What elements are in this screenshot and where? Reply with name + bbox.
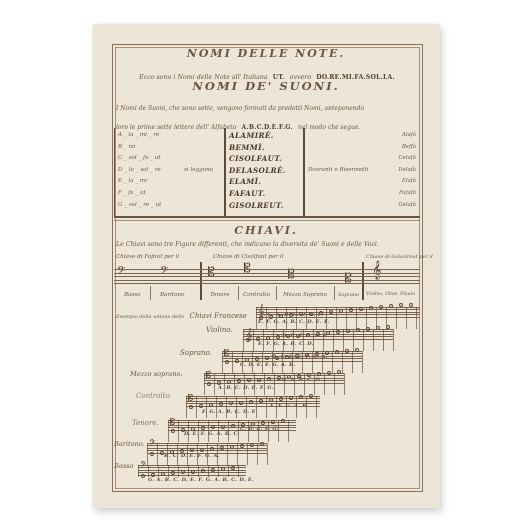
staircase-bar-line <box>344 373 345 395</box>
staircase-bar-line <box>303 329 304 351</box>
staircase-bar-line <box>353 329 354 351</box>
note-head <box>171 429 175 433</box>
voice-label: Soprano <box>338 292 359 298</box>
staircase-bar-line <box>267 443 268 465</box>
paragraph-line-2-end: nel modo che segue. <box>298 124 360 131</box>
note-head <box>220 446 224 450</box>
example-label-title: Chiavi Francese <box>189 312 246 320</box>
note-head <box>339 309 343 313</box>
staircase-bar-line <box>383 329 384 351</box>
note-head <box>269 398 273 402</box>
staircase-bar-line <box>177 443 178 465</box>
staircase-bar-line <box>312 351 313 373</box>
note-head <box>200 448 204 452</box>
staircase-clef-icon: 𝄢 <box>149 440 155 450</box>
staircase-bar-line <box>167 443 168 465</box>
right-row: Alafà <box>380 130 416 142</box>
staircase-clef-icon: 𝄡 <box>206 372 211 381</box>
staircase-clef-icon: 𝄢 <box>140 462 146 472</box>
staircase-bar-line <box>276 307 277 329</box>
note-head <box>150 452 154 456</box>
staircase-bar-line <box>227 443 228 465</box>
staff-divider <box>150 286 151 300</box>
paragraph-line-1: I Nomi de Suoni, che sono sette, vengono… <box>116 105 364 112</box>
left-note: si leggono <box>184 165 213 177</box>
note-head <box>267 377 271 381</box>
staircase-bar-line <box>254 373 255 395</box>
staircase-clef-icon: 𝄞 <box>246 329 253 340</box>
note-head <box>271 420 275 424</box>
staircase-staff-line <box>138 465 246 466</box>
staircase-bar-line <box>206 396 207 418</box>
table-right-column: Alafà Beffà Celafà Delafà Elafà Fafafà G… <box>380 130 416 211</box>
staircase-bar-line <box>323 329 324 351</box>
table-left-rule <box>114 128 115 216</box>
staff-line <box>114 269 420 270</box>
staircase-bar-line <box>316 307 317 329</box>
note-head <box>211 468 215 472</box>
staircase-bar-line <box>168 420 169 442</box>
staircase-letters-lower: E. F. G. A. B. C. D. <box>258 341 314 347</box>
staircase-bar-line <box>306 307 307 329</box>
voice-label: Baritono <box>160 292 185 298</box>
staircase-bar-line <box>346 307 347 329</box>
staircase-bar-line <box>296 307 297 329</box>
staircase-voice-label: Violino. <box>206 326 233 334</box>
note-head <box>297 374 301 378</box>
right-row: Celafà <box>380 153 416 165</box>
staircase-bar-line <box>373 329 374 351</box>
staircase-bar-line <box>257 443 258 465</box>
note-head <box>409 303 413 307</box>
staircase-letters-lower: F. G. A. B. C. D. E. <box>202 409 258 415</box>
section-rule-thick <box>114 216 420 218</box>
staircase-bar-line <box>198 465 199 477</box>
example-label-script: Esempio della unione delle <box>116 314 184 320</box>
note-head <box>221 467 225 471</box>
staircase-bar-line <box>218 420 219 442</box>
staircase-bar-line <box>286 396 287 418</box>
left-row: E _ la _ mi <box>118 176 161 188</box>
note-head <box>349 308 353 312</box>
note-head <box>210 447 214 451</box>
staircase-bar-line <box>273 329 274 351</box>
note-head <box>305 353 309 357</box>
note-head <box>325 351 329 355</box>
staircase-bar-line <box>306 396 307 418</box>
voice-label: Tenore <box>210 292 230 298</box>
note-head <box>316 332 320 336</box>
staircase-bar-line <box>256 307 257 329</box>
staff-line <box>114 283 420 284</box>
left-row: D _ la _ sol _ re <box>118 165 161 177</box>
staircase-staff-line <box>243 329 393 330</box>
staircase-bar-line <box>316 396 317 418</box>
staircase-bar-line <box>258 420 259 442</box>
staircase-clef-icon: 𝄞 <box>258 305 265 316</box>
staircase-bar-line <box>216 396 217 418</box>
staircase-bar-line <box>197 443 198 465</box>
staircase-letters-lower: D. E. F. G. A. B. C. <box>184 431 240 437</box>
table-divider-2 <box>303 128 305 216</box>
note-name: ALAMIRÈ. <box>229 130 286 142</box>
note-head <box>191 470 195 474</box>
staircase-bar-line <box>168 465 169 477</box>
staircase-bar-line <box>314 373 315 395</box>
left-row: A _ la _ mi _ re <box>118 130 161 142</box>
left-row: G _ sol _ re _ ut <box>118 200 161 212</box>
staff-line <box>114 280 420 281</box>
section-rule-thin <box>114 220 420 221</box>
note-head <box>287 375 291 379</box>
staircase-bar-line <box>228 420 229 442</box>
staircase-bar-line <box>288 420 289 442</box>
staircase-bar-line <box>302 351 303 373</box>
staircase-bar-line <box>217 443 218 465</box>
staircase-bar-line <box>234 373 235 395</box>
staircase-bar-line <box>196 396 197 418</box>
note-head <box>319 311 323 315</box>
staircase-bar-line <box>232 351 233 373</box>
staircase-bar-line <box>158 465 159 477</box>
staircase-bar-line <box>406 307 407 329</box>
staircase-bar-line <box>147 443 148 465</box>
note-head <box>359 307 363 311</box>
staircase-bar-line <box>332 351 333 373</box>
staircase-bar-line <box>296 396 297 418</box>
note-name: BEMMÌ. <box>229 142 286 154</box>
staircase-bar-line <box>187 443 188 465</box>
staircase-clef-icon: 𝄡 <box>224 350 229 359</box>
staircase-bar-line <box>266 396 267 418</box>
staircase-bar-line <box>324 373 325 395</box>
right-row: Elafà <box>380 176 416 188</box>
note-head <box>257 378 261 382</box>
staircase-voice-label: Basso <box>114 462 134 470</box>
note-head <box>241 423 245 427</box>
title-nomi-delle-note: NOMI DELLE NOTE. <box>0 47 532 60</box>
staircase-bar-line <box>243 329 244 351</box>
table-divider-1 <box>224 128 226 216</box>
staff-line <box>114 276 420 277</box>
staircase-bar-line <box>246 396 247 418</box>
staircase-bar-line <box>282 351 283 373</box>
middle-note: Dovranti e Bisennetti <box>308 165 368 177</box>
title-chiavi: CHIAVI. <box>0 224 532 237</box>
staircase-bar-line <box>242 351 243 373</box>
note-head <box>289 396 293 400</box>
staircase-bar-line <box>356 307 357 329</box>
staircase-bar-line <box>363 329 364 351</box>
staff-divider <box>276 286 277 300</box>
staircase-bar-line <box>276 396 277 418</box>
staircase-bar-line <box>198 420 199 442</box>
note-head <box>251 422 255 426</box>
staff-divider <box>334 286 335 300</box>
table-left-column: A _ la _ mi _ re B _ mi C _ sol _ fa _ u… <box>118 130 161 211</box>
note-head <box>295 354 299 358</box>
staircase-bar-line <box>293 329 294 351</box>
staircase-bar-line <box>148 465 149 477</box>
staircase-bar-line <box>244 373 245 395</box>
staircase-staff-line <box>138 467 246 468</box>
note-name: CISOLFAUT. <box>229 153 286 165</box>
note-head <box>285 355 289 359</box>
staircase-bar-line <box>226 396 227 418</box>
staircase-clef-icon: 𝄡 <box>188 395 193 404</box>
staircase-letters-lower: E. F. G. A. B. C. D. E. F. <box>258 319 329 325</box>
staircase-voice-label: Tenore. <box>132 419 159 427</box>
staircase-bar-line <box>274 373 275 395</box>
note-head <box>296 334 300 338</box>
note-head <box>329 310 333 314</box>
note-head <box>231 424 235 428</box>
note-head <box>279 397 283 401</box>
staircase-bar-line <box>178 420 179 442</box>
staircase-bar-line <box>334 373 335 395</box>
right-row: Fafafà <box>380 188 416 200</box>
staircase-bar-line <box>208 420 209 442</box>
left-row: F _ fa _ ut <box>118 188 161 200</box>
staircase-bar-line <box>237 443 238 465</box>
staircase-bar-line <box>264 373 265 395</box>
staircase-voice-label: Mezzo soprano. <box>130 370 183 378</box>
note-head <box>261 421 265 425</box>
staircase-bar-line <box>138 465 139 477</box>
note-head <box>201 469 205 473</box>
staircase-bar-line <box>253 329 254 351</box>
staircase-bar-line <box>186 396 187 418</box>
group-label-cisolfaut: Chiave di Cisolfaut per il <box>213 254 283 260</box>
note-name: DELASOLRÈ. <box>229 165 286 177</box>
note-head <box>231 466 235 470</box>
staircase-bar-line <box>188 420 189 442</box>
staircase-bar-line <box>342 351 343 373</box>
staircase-bar-line <box>248 420 249 442</box>
staircase-bar-line <box>416 307 417 329</box>
note-head <box>277 376 281 380</box>
staircase-voice-label: Soprano. <box>180 349 212 357</box>
right-row: Gelafà <box>380 200 416 212</box>
staircase-bar-line <box>222 351 223 373</box>
voice-label: Violino, Oboe, Flauto <box>366 292 415 297</box>
staircase-bar-line <box>366 307 367 329</box>
note-head <box>225 360 229 364</box>
staircase-bar-line <box>352 351 353 373</box>
note-head <box>240 444 244 448</box>
note-head <box>221 425 225 429</box>
staircase-bar-line <box>263 329 264 351</box>
staircase-bar-line <box>224 373 225 395</box>
voice-label: Basso <box>124 292 141 298</box>
staircase-bar-line <box>236 396 237 418</box>
note-head <box>250 443 254 447</box>
staircase-bar-line <box>178 465 179 477</box>
voice-label: Contralto <box>243 292 270 298</box>
note-head <box>207 382 211 386</box>
note-head <box>326 331 330 335</box>
staff-divider-2 <box>362 262 364 300</box>
note-head <box>336 330 340 334</box>
staircase-bar-line <box>268 420 269 442</box>
staircase-voice-label: Contralto. <box>136 392 172 400</box>
staircase-letters-lower: C. D. E. F. G. A. B. <box>240 362 296 368</box>
note-head <box>239 401 243 405</box>
staircase-clef-icon: 𝄡 <box>170 419 175 428</box>
group-label-fafaut: Chiave di Fafaut per il <box>116 254 179 260</box>
staircase-bar-line <box>214 373 215 395</box>
staircase-bar-line <box>313 329 314 351</box>
staff-divider-1 <box>200 262 202 300</box>
note-head <box>309 312 313 316</box>
staircase-bar-line <box>343 329 344 351</box>
note-head <box>249 400 253 404</box>
left-row: B _ mi <box>118 142 161 154</box>
staircase-bar-line <box>218 465 219 477</box>
staircase-bar-line <box>304 373 305 395</box>
staircase-bar-line <box>326 307 327 329</box>
note-head <box>230 445 234 449</box>
staircase-bar-line <box>238 420 239 442</box>
staircase-bar-line <box>278 420 279 442</box>
right-row: Delafà <box>380 165 416 177</box>
staircase-voice-label: Baritono. <box>114 440 145 448</box>
note-name: GISOLREUT. <box>229 200 286 212</box>
staircase-bar-line <box>283 329 284 351</box>
staircase-bar-line <box>362 351 363 373</box>
voice-label: Mezzo Soprano <box>283 292 327 298</box>
staff-line <box>114 273 420 274</box>
staircase-bar-line <box>396 307 397 329</box>
note-head <box>275 356 279 360</box>
staircase-bar-line <box>294 373 295 395</box>
staircase-bar-line <box>286 307 287 329</box>
note-name: FAFAUT. <box>229 188 286 200</box>
staff-divider <box>238 286 239 300</box>
staircase-bar-line <box>207 443 208 465</box>
staircase-letters-bottom: G. A. B. C. D. E. F. G. A. B. C. D. E. <box>148 477 254 483</box>
staircase-bar-line <box>157 443 158 465</box>
example-label: Esempio della unione delle Chiavi France… <box>116 303 247 322</box>
staircase-letters-lower: A. B. C. D. E. F. G. <box>218 385 274 391</box>
staircase-bar-line <box>247 443 248 465</box>
staircase-bar-line <box>333 329 334 351</box>
note-head <box>306 333 310 337</box>
staircase-bar-line <box>208 465 209 477</box>
chiavi-intro: Le Chiavi sono tre Figure differenti, ch… <box>116 241 379 248</box>
staircase-bar-line <box>336 307 337 329</box>
staircase-bar-line <box>272 351 273 373</box>
staircase-bar-line <box>266 307 267 329</box>
staircase-bar-line <box>188 465 189 477</box>
staircase-bar-line <box>228 465 229 477</box>
right-row: Beffà <box>380 142 416 154</box>
staircase-bar-line <box>252 351 253 373</box>
staircase-bar-line <box>204 373 205 395</box>
note-name: ELAMÌ. <box>229 176 286 188</box>
staircase-bar-line <box>262 351 263 373</box>
staircase-bar-line <box>322 351 323 373</box>
staircase-bar-line <box>292 351 293 373</box>
left-row: C _ sol _ fa _ ut <box>118 153 161 165</box>
note-head <box>141 474 145 478</box>
note-head <box>259 399 263 403</box>
note-head <box>307 373 311 377</box>
staircase-bar-line <box>284 373 285 395</box>
note-head <box>315 352 319 356</box>
staircase-bar-line <box>256 396 257 418</box>
staircase-bar-line <box>393 329 394 351</box>
note-head <box>346 329 350 333</box>
table-names-column: ALAMIRÈ. BEMMÌ. CISOLFAUT. DELASOLRÈ. EL… <box>229 130 286 211</box>
note-head <box>189 405 193 409</box>
title-nomi-de-suoni: NOMI DE' SUONI. <box>0 79 532 93</box>
staircase-bar-line <box>238 465 239 477</box>
